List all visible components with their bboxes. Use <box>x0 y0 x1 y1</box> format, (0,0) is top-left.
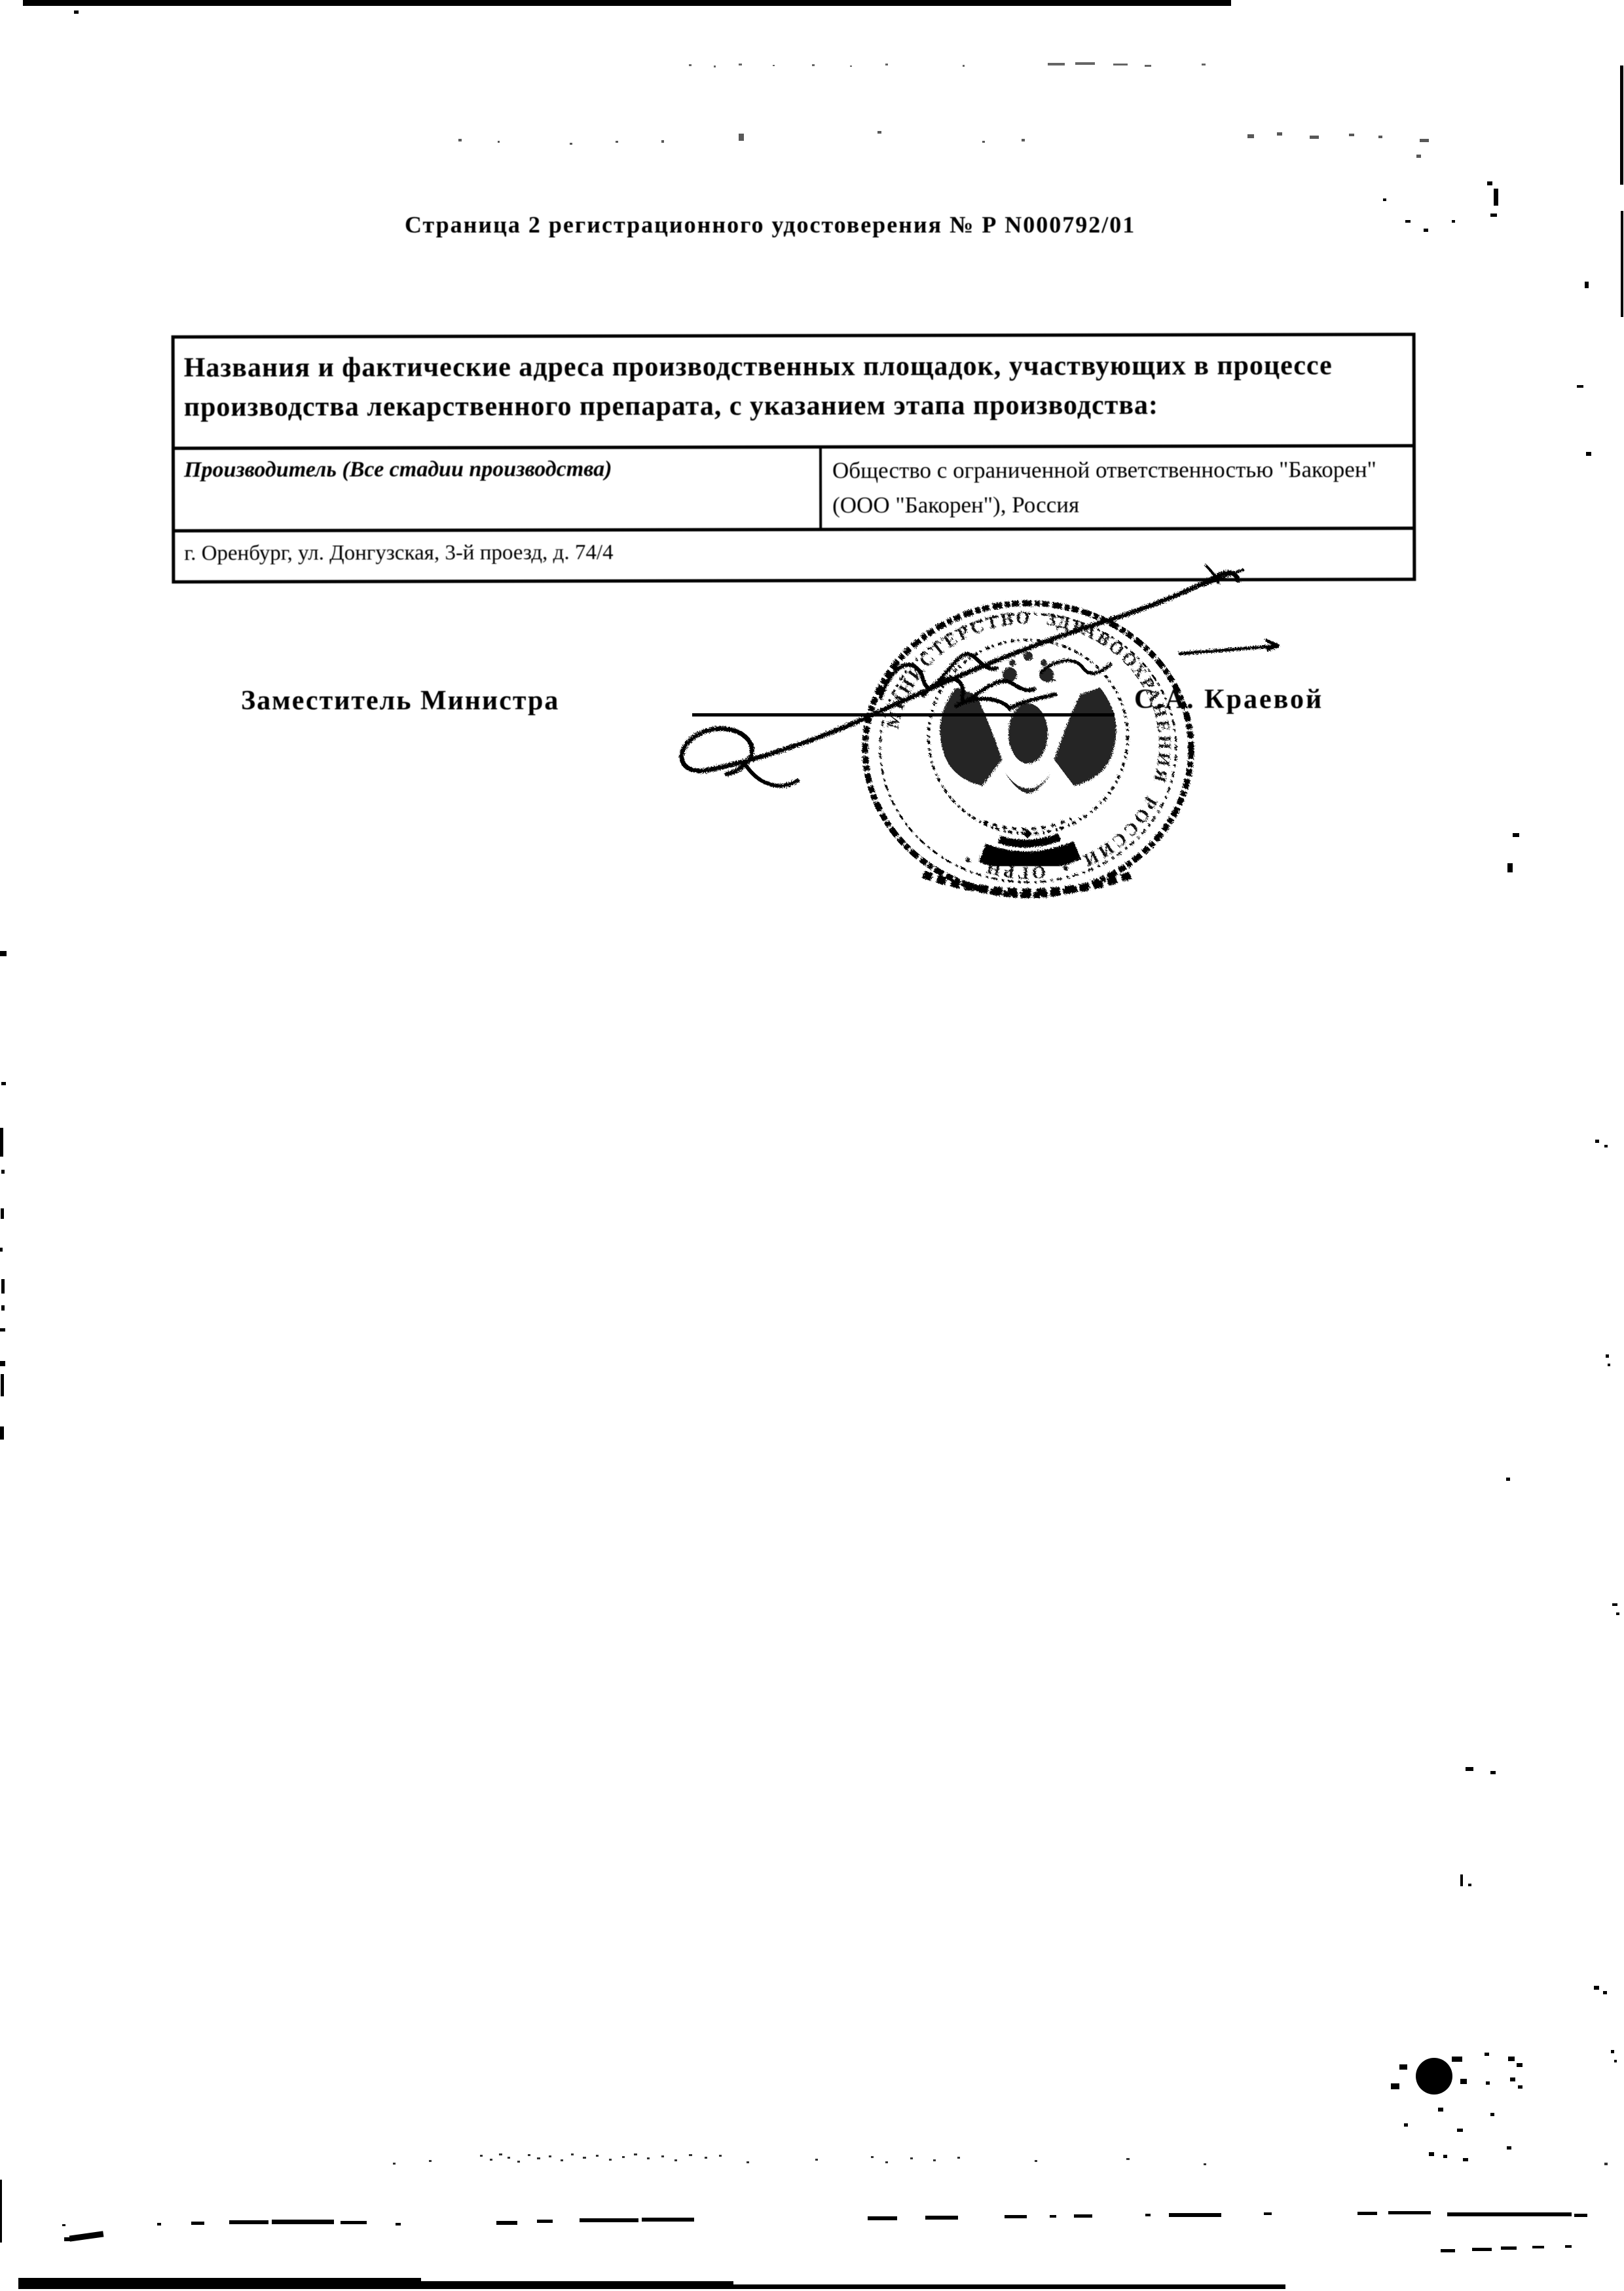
table-title-cell: Названия и фактические адреса производст… <box>175 336 1412 450</box>
ministry-seal: МИНИСТЕРСТВО ЗДРАВООХРАНЕНИЯ РОССИИ • ОГ… <box>648 544 1369 923</box>
scan-top-bar <box>23 0 1231 6</box>
page-title: Страница 2 регистрационного удостоверени… <box>405 211 1217 238</box>
scan-speckle-row-top <box>689 62 1206 67</box>
ink-blot <box>1391 2053 1522 2161</box>
document-page: Страница 2 регистрационного удостоверени… <box>0 0 1624 2291</box>
seal-bottom-smear <box>982 829 1077 861</box>
producer-role-cell: Производитель (Все стадии производства) <box>175 449 822 529</box>
scan-speckle-row-bottom-1 <box>393 2153 1608 2165</box>
table-row: Производитель (Все стадии производства) … <box>175 447 1412 532</box>
signatory-title: Заместитель Министра <box>241 685 559 717</box>
scan-bottom-bar <box>18 2278 1285 2289</box>
scan-right-margin-marks <box>1383 65 1623 2062</box>
scan-speckle-row-2 <box>458 131 1429 158</box>
scan-left-margin-marks <box>0 951 103 2243</box>
scan-dashed-line-bottom <box>62 2211 1587 2252</box>
producer-name-cell: Общество с ограниченной ответственностью… <box>822 447 1412 528</box>
